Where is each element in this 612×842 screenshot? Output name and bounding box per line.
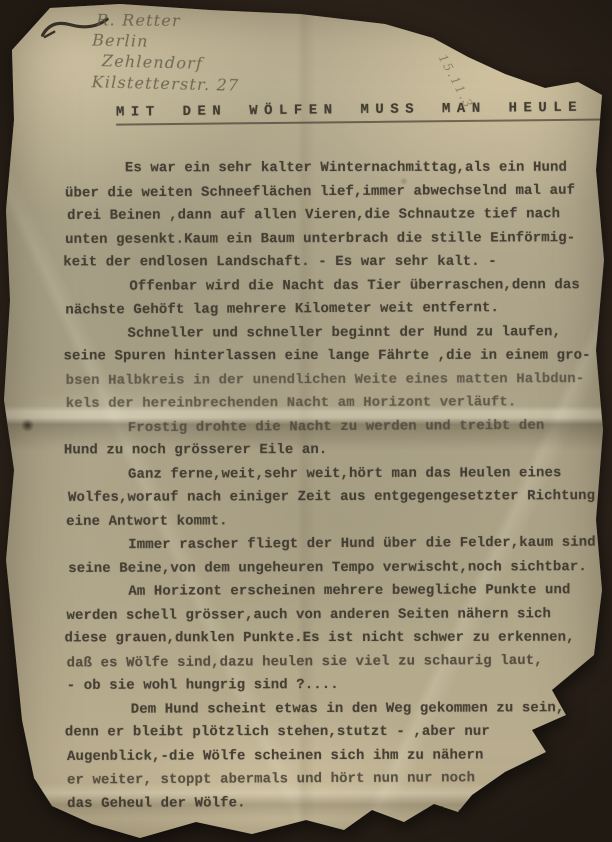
typed-line: Offenbar wird die Nacht das Tier überras… (67, 274, 612, 299)
typed-line: Ganz ferne,weit,sehr weit,hört man das H… (66, 462, 612, 487)
typed-body-text: Es war ein sehr kalter Winternachmittag,… (65, 156, 612, 816)
typed-line: Es war ein sehr kalter Winternachmittag,… (63, 157, 609, 181)
typed-line: Am Horizont erscheinen mehrere beweglich… (66, 579, 612, 604)
typed-line: Wolfes,worauf nach einiger Zeit aus entg… (68, 485, 612, 510)
typed-line: nächste Gehöft lag mehrere Kilometer wei… (65, 296, 611, 323)
typed-line: keit der endlosen Landschaft. - Es war s… (63, 251, 609, 275)
handwritten-address: R. RetterBerlinZehlendorfKilstetterstr. … (90, 9, 241, 95)
document-title: MIT DEN WÖLFEN MUSS MAN HEULE N (116, 99, 612, 125)
handwritten-line: R. Retter (96, 9, 240, 32)
scanned-document-photo: R. RetterBerlinZehlendorfKilstetterstr. … (0, 0, 612, 842)
typed-line: seine Beine,von dem ungeheuren Tempo ver… (68, 556, 612, 581)
typed-line: eine Antwort kommt. (66, 509, 612, 534)
typed-line: bsen Halbkreis in der unendlichen Weite … (66, 368, 612, 393)
typed-line: seine Spuren hinterlassen eine lange Fäh… (64, 345, 610, 369)
typed-line: Frostig drohte die Nacht zu werden und t… (66, 414, 612, 441)
typed-line: über die weiten Schneeflächen lief,immer… (65, 179, 611, 206)
typed-line: Schneller und schneller beginnt der Hund… (65, 321, 611, 346)
typed-line: Dem Hund scheint etwas in den Weg gekomm… (69, 697, 612, 722)
typed-line: kels der hereinbrechenden Nacht am Horiz… (66, 391, 612, 416)
typed-line: denn er bleibt plötzlich stehen,stutzt -… (65, 721, 611, 745)
typed-line: daß es Wölfe sind,dazu heulen sie viel z… (67, 649, 612, 676)
typed-line: drei Beinen ,dann auf allen Vieren,die S… (67, 203, 612, 228)
typed-line: er weiter, stoppt abermals und hört nun … (67, 766, 612, 793)
paper-sheet-wrapper: R. RetterBerlinZehlendorfKilstetterstr. … (0, 0, 612, 842)
handwritten-line: Kilstetterstr. 27 (91, 71, 239, 96)
paper-sheet: R. RetterBerlinZehlendorfKilstetterstr. … (0, 0, 612, 842)
typed-line: - ob sie wohl hungrig sind ?.... (67, 673, 612, 698)
typed-line: diese grauen,dunklen Punkte.Es ist nicht… (65, 627, 611, 651)
typed-line: werden schell grösser,auch von anderen S… (66, 603, 612, 628)
typed-line: Immer rascher fliegt der Hund über die F… (66, 531, 612, 558)
typed-line: unten gesenkt.Kaum ein Baum unterbrach d… (65, 227, 611, 252)
typed-line: das Geheul der Wölfe. (67, 791, 612, 816)
typed-line: Augenblick,-die Wölfe scheinen sich ihm … (67, 744, 612, 769)
typed-line: Hund zu noch grösserer Eile an. (64, 439, 610, 463)
page-number: - 1 - (420, 803, 466, 819)
